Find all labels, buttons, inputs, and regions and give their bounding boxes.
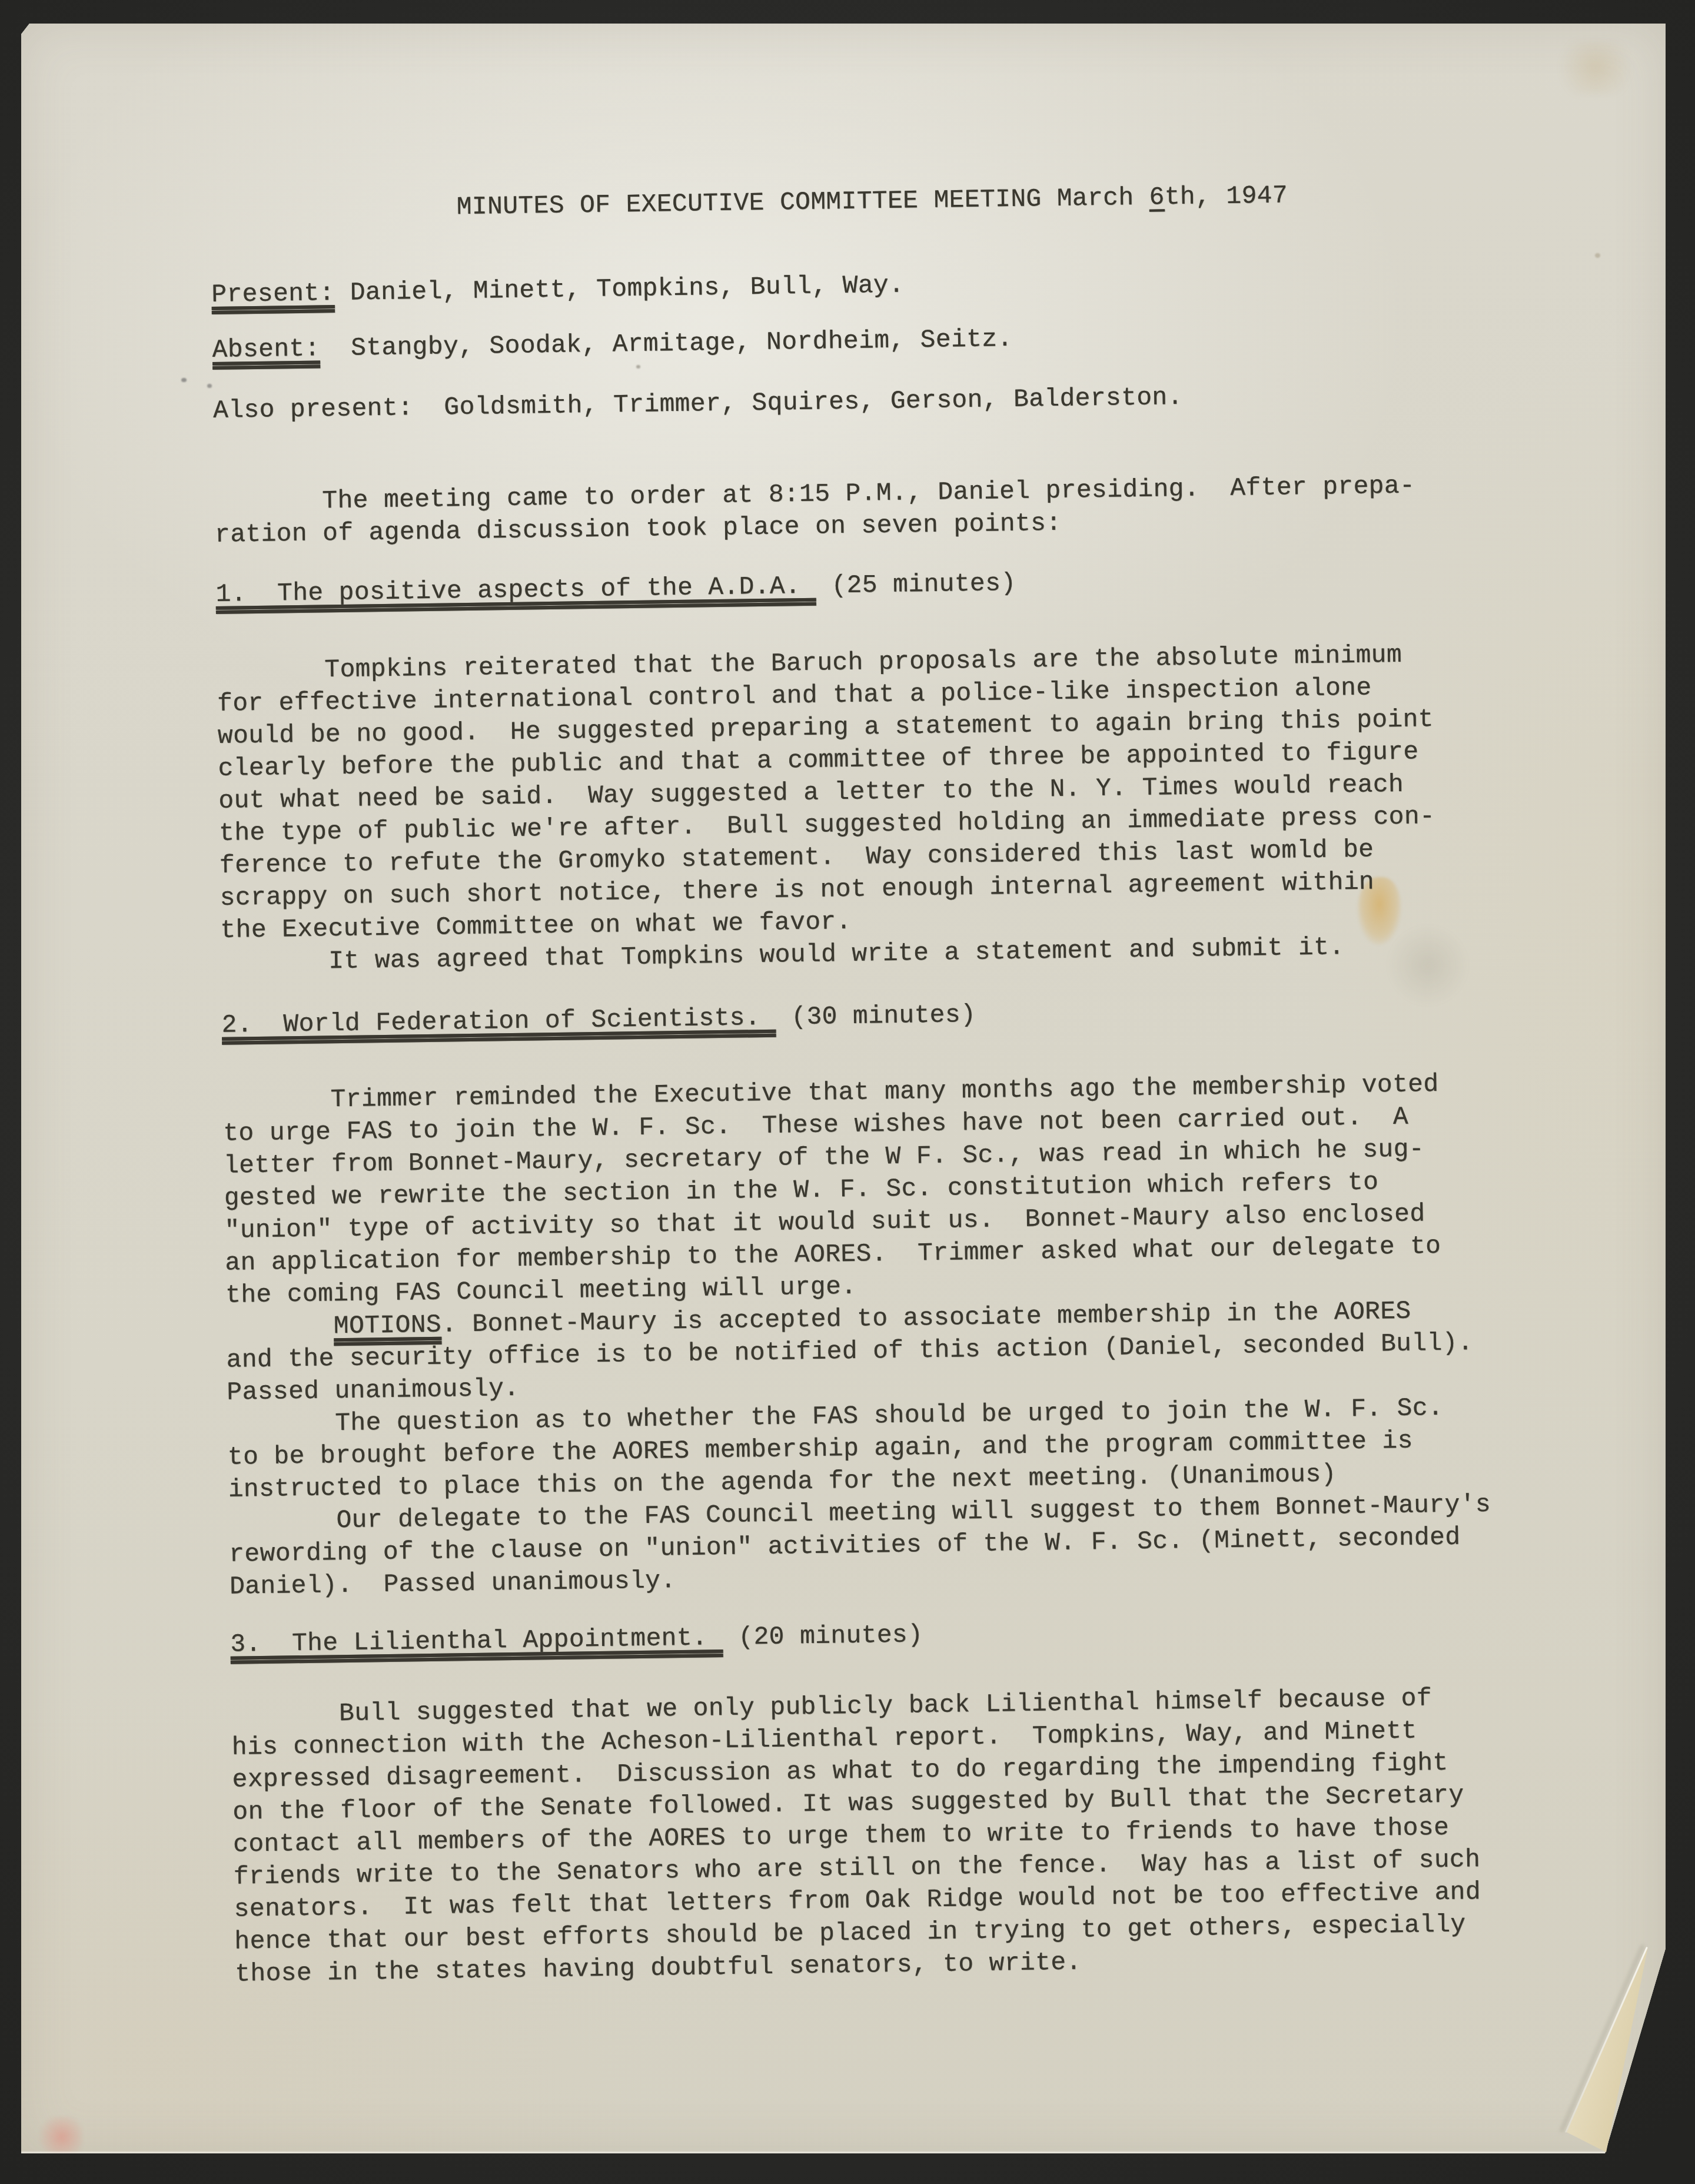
typed-text: th, 1947: [1164, 181, 1288, 211]
typed-line: 3. The Lilienthal Appointment. (20 minut…: [230, 1618, 923, 1660]
typed-line: 2. World Federation of Scientists. (30 m…: [221, 998, 976, 1041]
document-title: MINUTES OF EXECUTIVE COMMITTEE MEETING M…: [210, 179, 1288, 227]
section-2-paragraph: Trimmer reminded the Executive that many…: [222, 1067, 1492, 1603]
typed-text: (25 minutes): [816, 569, 1016, 600]
underlined-text: MOTIONS: [334, 1310, 442, 1341]
typed-line: Absent: Stangby, Soodak, Armitage, Nordh…: [212, 323, 1013, 366]
typed-line: 1. The positive aspects of the A.D.A. (2…: [215, 567, 1016, 610]
section-2-heading: 2. World Federation of Scientists. (30 m…: [221, 998, 976, 1041]
underlined-text: 3. The Lilienthal Appointment.: [230, 1623, 723, 1659]
ink-speck: [636, 365, 640, 369]
underlined-text: 2. World Federation of Scientists.: [221, 1003, 776, 1040]
typed-text-area: MINUTES OF EXECUTIVE COMMITTEE MEETING M…: [210, 174, 1623, 194]
typed-text: Also present: Goldsmith, Trimmer, Squire…: [213, 383, 1183, 425]
typed-text: Passed unanimously.: [227, 1374, 520, 1407]
typed-text: Daniel, Minett, Tompkins, Bull, Way.: [334, 271, 904, 308]
typed-line: Also present: Goldsmith, Trimmer, Squire…: [213, 381, 1183, 427]
typed-text: (20 minutes): [723, 1620, 923, 1652]
also-present-line: Also present: Goldsmith, Trimmer, Squire…: [213, 381, 1183, 427]
typed-text: [226, 1312, 334, 1342]
underlined-text: Absent:: [212, 334, 320, 364]
typed-text: (30 minutes): [776, 1000, 976, 1032]
typed-line: MINUTES OF EXECUTIVE COMMITTEE MEETING M…: [210, 179, 1288, 227]
pink-stain-small: [75, 2159, 104, 2184]
ink-speck: [1595, 253, 1600, 258]
scanned-paper-page: MINUTES OF EXECUTIVE COMMITTEE MEETING M…: [21, 24, 1666, 2153]
typed-text: Stangby, Soodak, Armitage, Nordheim, Sei…: [320, 324, 1013, 363]
underlined-text: 6: [1149, 182, 1165, 211]
present-line: Present: Daniel, Minett, Tompkins, Bull,…: [211, 269, 905, 311]
intro-paragraph: The meeting came to order at 8:15 P.M., …: [214, 469, 1415, 550]
ink-speck: [181, 378, 187, 382]
page-background: { "page": { "background_color": "#2b2b29…: [0, 0, 1695, 2184]
typed-text: Daniel). Passed unanimously.: [230, 1566, 676, 1601]
section-3-paragraph: Bull suggested that we only publicly bac…: [231, 1681, 1482, 1990]
pink-stain: [36, 2116, 83, 2158]
underlined-text: 1. The positive aspects of the A.D.A.: [215, 572, 816, 609]
typed-line: Present: Daniel, Minett, Tompkins, Bull,…: [211, 269, 905, 311]
underlined-text: Present:: [211, 278, 335, 309]
section-1-paragraph: Tompkins reiterated that the Baruch prop…: [217, 638, 1437, 979]
typed-text: MINUTES OF EXECUTIVE COMMITTEE MEETING M…: [210, 183, 1149, 225]
ink-speck: [207, 384, 212, 388]
section-3-heading: 3. The Lilienthal Appointment. (20 minut…: [230, 1618, 923, 1660]
corner-discoloration: [1551, 41, 1640, 94]
absent-line: Absent: Stangby, Soodak, Armitage, Nordh…: [212, 323, 1013, 366]
section-1-heading: 1. The positive aspects of the A.D.A. (2…: [215, 567, 1016, 610]
